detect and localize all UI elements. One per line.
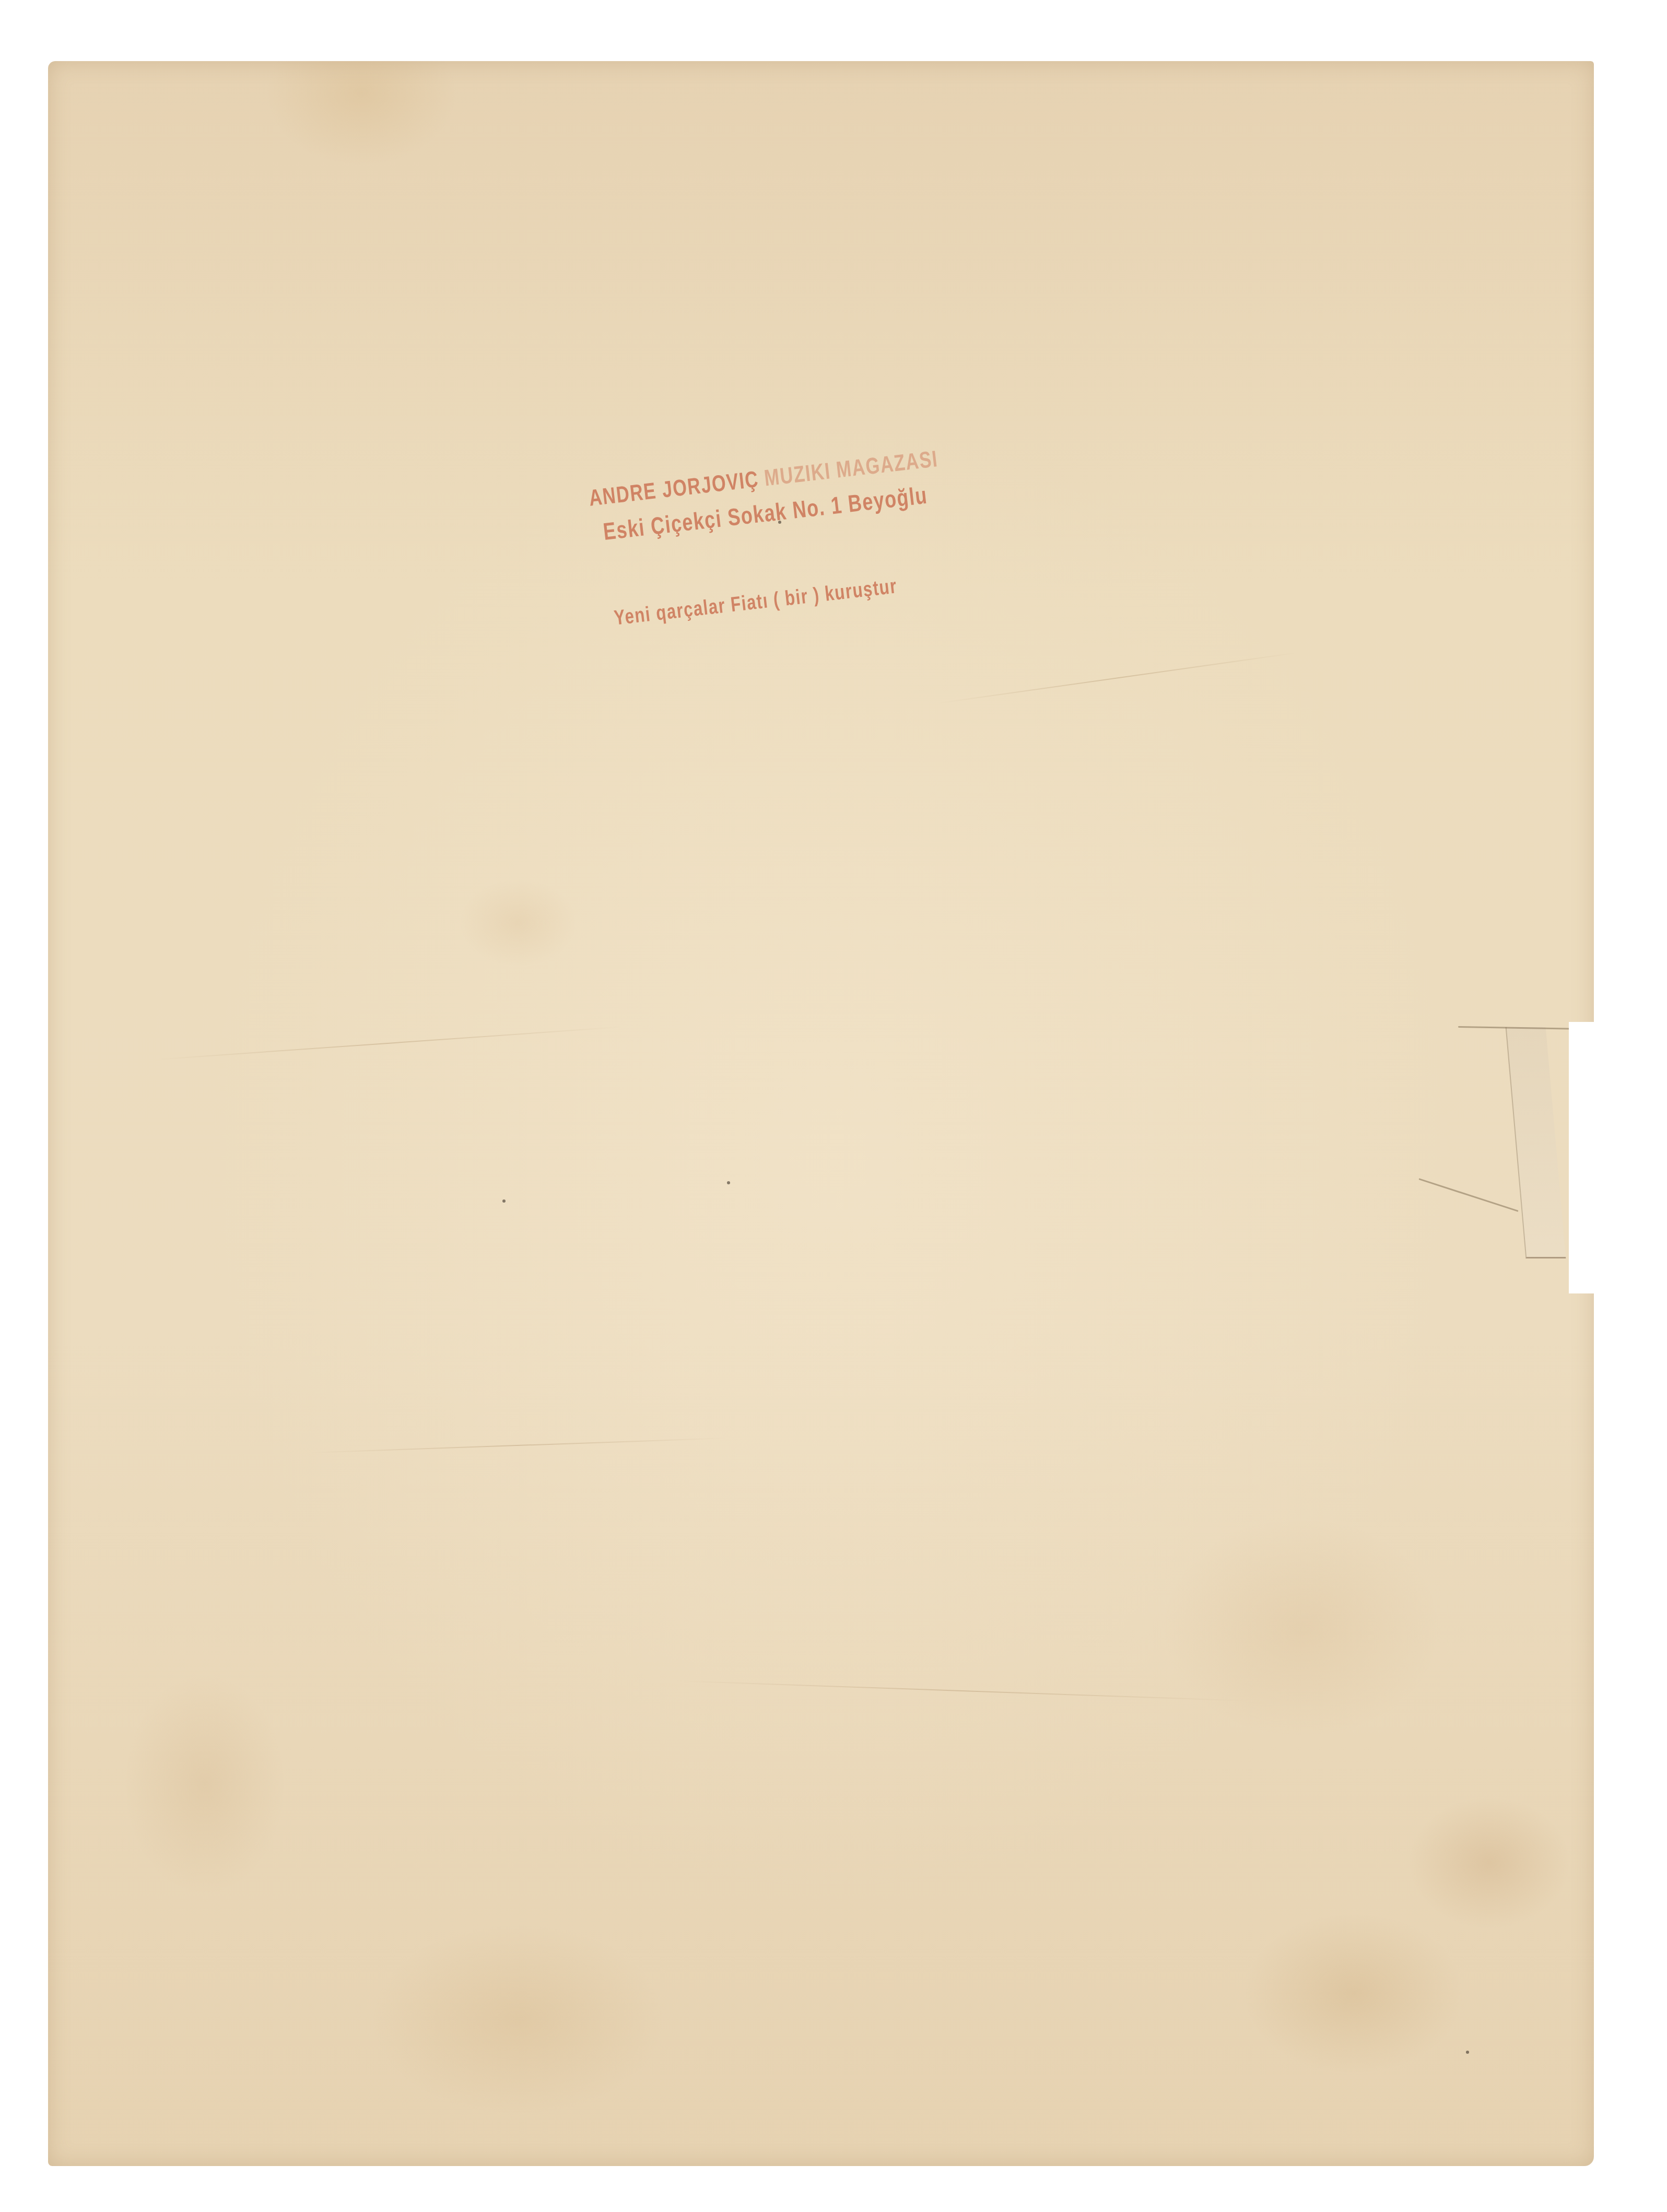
paper-crease: [937, 652, 1299, 703]
tear-line: [1418, 1178, 1518, 1212]
paper-speck: [727, 1181, 730, 1184]
edge-notch: [1569, 1022, 1595, 1293]
paper-crease: [153, 1027, 622, 1061]
paper-speck: [1466, 2051, 1469, 2054]
paper-crease: [675, 1680, 1249, 1701]
aged-paper-sheet: [48, 61, 1594, 2166]
paper-speck: [502, 1199, 506, 1203]
folded-tear-flap: [1506, 1027, 1566, 1258]
paper-crease: [309, 1438, 727, 1453]
